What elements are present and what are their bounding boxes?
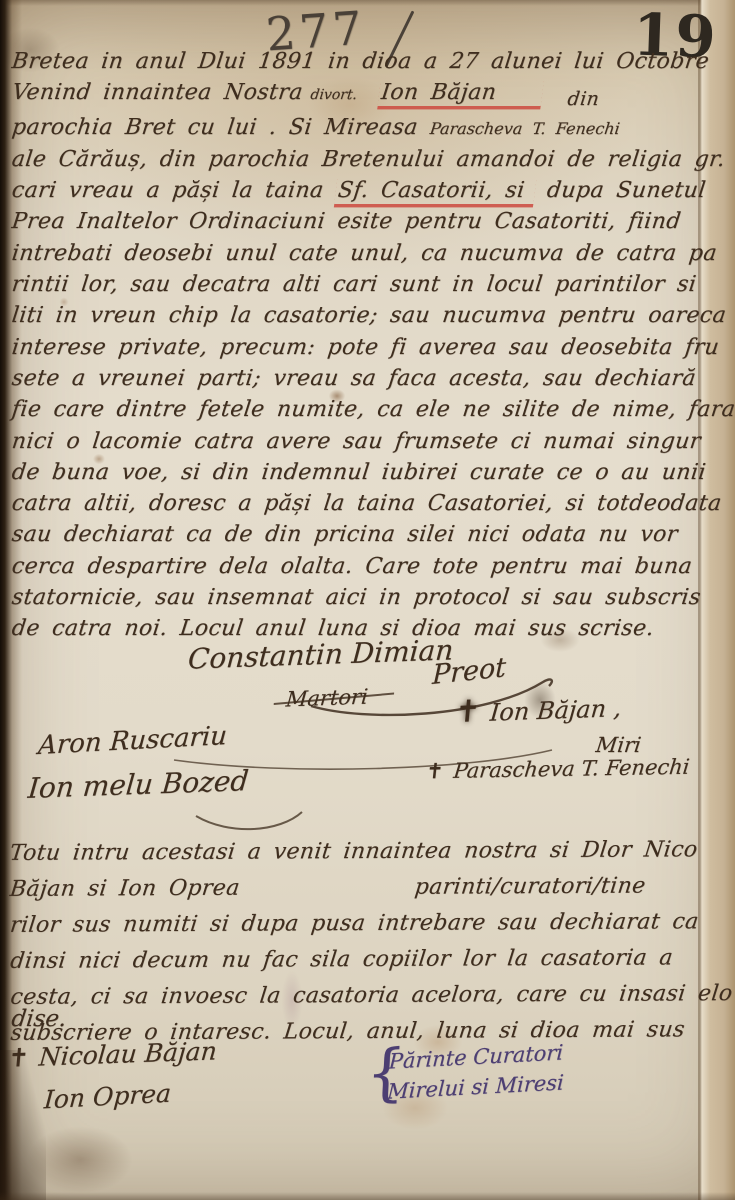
text-line: catra altii, doresc a păși la taina Casa… <box>10 488 735 519</box>
text-line: de buna voe, si din indemnul iubirei cur… <box>10 457 735 488</box>
line-text: parinti/curatori/tine <box>413 869 648 906</box>
page-bottom-edge <box>0 1192 735 1200</box>
text-line: Totu intru acestasi a venit innaintea no… <box>8 832 734 872</box>
groom-name-underlined: Ion Băjan <box>377 80 544 109</box>
text-line: sau dechiarat ca de din pricina silei ni… <box>10 519 735 550</box>
line-text: parochia Bret cu lui . Si Mireasa <box>11 115 420 140</box>
couple-label: Miri <box>595 733 643 757</box>
main-paragraph: Bretea in anul Dlui 1891 in dioa a 27 al… <box>10 46 733 645</box>
text-line: Bretea in anul Dlui 1891 in dioa a 27 al… <box>10 46 735 77</box>
text-line: Prea Inaltelor Ordinaciuni esite pentru … <box>10 206 735 237</box>
bride-name-small: Parascheva T. Fenechi <box>429 119 621 138</box>
text-line: cerca despartire dela olalta. Care tote … <box>10 551 735 582</box>
text-line: intrebati deosebi unul cate unul, ca nuc… <box>10 238 735 269</box>
bride-signature: ✝Parascheva T. Fenechi <box>425 755 691 784</box>
page-top-edge <box>0 0 735 6</box>
line-text: Venind innaintea Nostra <box>11 80 305 105</box>
text-line: cesta, ci sa invoesc la casatoria acelor… <box>8 976 734 1016</box>
curly-brace: { <box>365 1042 408 1104</box>
father-signature-2: Ion Oprea <box>43 1079 172 1115</box>
witnesses-label: Martori <box>285 685 369 712</box>
text-line: nici o lacomie catra avere sau frumsete … <box>10 426 735 457</box>
text-line: liti in vreun chip la casatorie; sau nuc… <box>10 300 735 331</box>
line-text: Băjan si Ion Oprea <box>9 876 242 902</box>
text-line: ale Cărăuș, din parochia Bretenului aman… <box>10 144 735 175</box>
closing-word: dise. <box>10 1006 68 1032</box>
signature-flourish <box>190 806 310 836</box>
line-text: dupa Sunetul <box>545 178 707 203</box>
text-line: Băjan si Ion Opreaparinti/curatori/tine <box>8 868 734 908</box>
cross-icon: ✝ <box>7 1043 30 1073</box>
text-line: statornicie, sau insemnat aici in protoc… <box>10 582 735 613</box>
witness-signature-2: Ion melu Bozed <box>27 764 250 805</box>
father-signature-1-text: Nicolau Băjan <box>38 1036 218 1071</box>
officiant-title: Preot <box>432 652 507 691</box>
line-text: din <box>566 84 602 115</box>
text-line: rilor sus numiti si dupa pusa intrebare … <box>8 904 734 944</box>
holy-matrimony-underlined: Sf. Casatorii, si <box>334 178 536 207</box>
text-line: sete a vreunei parti; vreau sa faca aces… <box>10 363 735 394</box>
witness-signature-1: Aron Ruscariu <box>37 721 228 761</box>
father-signature-1: ✝Nicolau Băjan <box>7 1036 218 1072</box>
text-line: rintii lor, sau decatra alti cari sunt i… <box>10 269 735 300</box>
bride-signature-text: Parascheva T. Fenechi <box>452 755 690 783</box>
cross-icon: ✝ <box>454 694 482 730</box>
text-line: Venind innaintea Nostradivort.Ion Băjand… <box>10 77 735 111</box>
text-line: fie care dintre fetele numite, ca ele ne… <box>10 394 735 425</box>
line-text: cari vreau a păși la taina <box>10 178 325 203</box>
cross-icon: ✝ <box>425 759 445 783</box>
text-line: parochia Bret cu lui . Si Mireasa Parasc… <box>10 112 735 144</box>
consent-paragraph: Totu intru acestasi a venit innaintea no… <box>7 832 730 1052</box>
consent-role-note: { Părinte Curatori Mirelui si Miresi <box>387 1037 567 1106</box>
text-line: dinsi nici decum nu fac sila copiilor lo… <box>8 940 734 980</box>
text-line: interese private, precum: pote fi averea… <box>10 332 735 363</box>
text-line: cari vreau a păși la taina Sf. Casatorii… <box>10 175 735 206</box>
document-page: 277 19 Bretea in anul Dlui 1891 in dioa … <box>0 0 735 1200</box>
marginal-note: divort. <box>309 87 358 103</box>
groom-signature-text: Ion Băjan , <box>489 694 623 727</box>
groom-signature: ✝Ion Băjan , <box>454 689 624 730</box>
